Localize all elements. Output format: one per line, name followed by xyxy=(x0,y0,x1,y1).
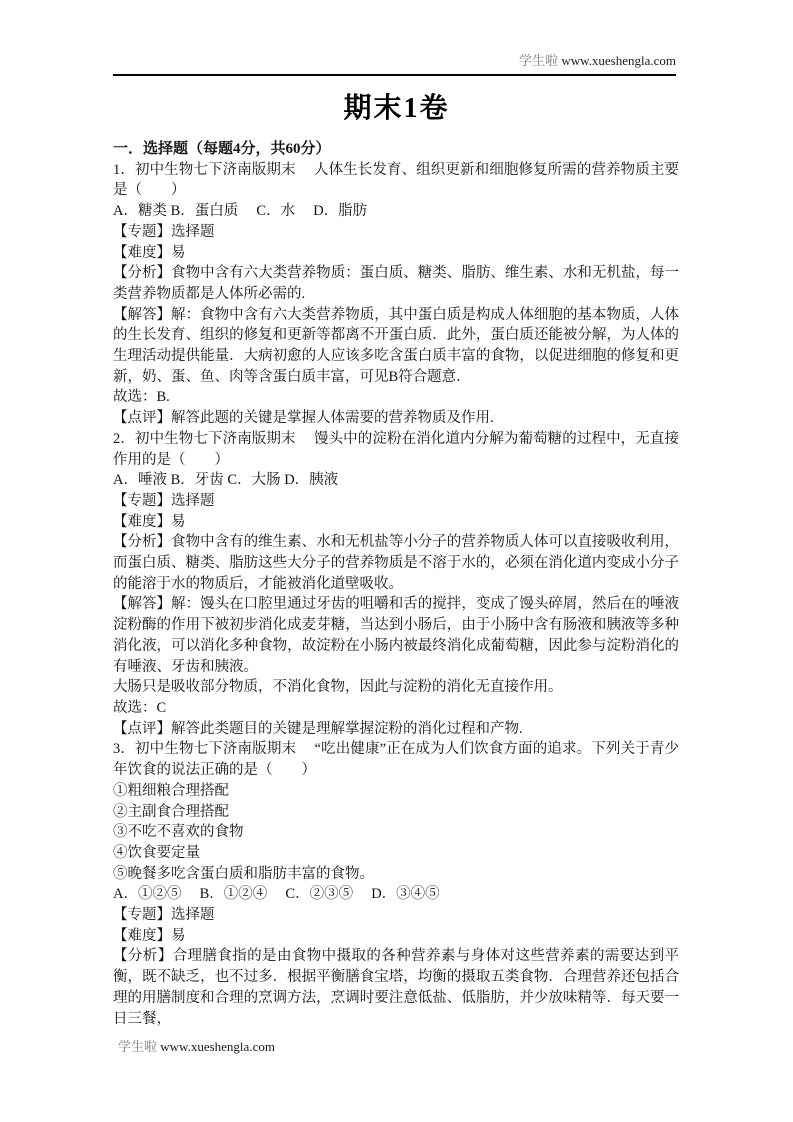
q2-solution-note: 大肠只是吸收部分物质，不消化食物，因此与淀粉的消化无直接作用。 xyxy=(113,677,679,698)
footer-site-url: www.xueshengla.com xyxy=(160,1039,275,1054)
q2-analysis: 【分析】食物中含有的维生素、水和无机盐等小分子的营养物质人体可以直接吸收利用，而… xyxy=(113,532,679,594)
document-title: 期末1卷 xyxy=(0,86,793,126)
q1-topic-tag: 【专题】选择题 xyxy=(113,222,679,243)
q1-answer: 故选：B. xyxy=(113,387,679,408)
q1-stem: 1．初中生物七下济南版期末 人体生长发育、组织更新和细胞修复所需的营养物质主要是… xyxy=(113,160,679,201)
q3-options: A．①②⑤ B．①②④ C．②③⑤ D．③④⑤ xyxy=(113,884,679,905)
q1-difficulty: 【难度】易 xyxy=(113,243,679,264)
q3-analysis: 【分析】合理膳食指的是由食物中摄取的各种营养素与身体对这些营养素的需要达到平衡，… xyxy=(113,946,679,1029)
q3-item-3: ③不吃不喜欢的食物 xyxy=(113,822,679,843)
page-header: 学生啦 www.xueshengla.com xyxy=(113,52,676,76)
q3-stem: 3．初中生物七下济南版期末 “吃出健康”正在成为人们饮食方面的追求。下列关于青少… xyxy=(113,739,679,780)
q2-comment: 【点评】解答此类题目的关键是理解掌握淀粉的消化过程和产物. xyxy=(113,719,679,740)
header-site-name: 学生啦 xyxy=(519,53,558,68)
q2-answer: 故选：C xyxy=(113,698,679,719)
q1-comment: 【点评】解答此题的关键是掌握人体需要的营养物质及作用. xyxy=(113,408,679,429)
document-body: 一．选择题（每题4分，共60分） 1．初中生物七下济南版期末 人体生长发育、组织… xyxy=(113,139,679,1029)
q1-solution: 【解答】解：食物中含有六大类营养物质，其中蛋白质是构成人体细胞的基本物质，人体的… xyxy=(113,305,679,388)
q2-solution: 【解答】解：馒头在口腔里通过牙齿的咀嚼和舌的搅拌，变成了馒头碎屑，然后在的唾液淀… xyxy=(113,594,679,677)
q3-item-5: ⑤晚餐多吃含蛋白质和脂肪丰富的食物。 xyxy=(113,864,679,885)
q2-difficulty: 【难度】易 xyxy=(113,512,679,533)
q1-options: A．糖类 B．蛋白质 C．水 D．脂肪 xyxy=(113,201,679,222)
q2-topic-tag: 【专题】选择题 xyxy=(113,491,679,512)
footer-site-name: 学生啦 xyxy=(118,1039,157,1054)
q2-options: A．唾液 B．牙齿 C．大肠 D．胰液 xyxy=(113,470,679,491)
q3-item-1: ①粗细粮合理搭配 xyxy=(113,781,679,802)
q3-item-4: ④饮食要定量 xyxy=(113,843,679,864)
section-heading: 一．选择题（每题4分，共60分） xyxy=(113,139,679,160)
q3-topic-tag: 【专题】选择题 xyxy=(113,905,679,926)
q1-analysis: 【分析】食物中含有六大类营养物质：蛋白质、糖类、脂肪、维生素、水和无机盐，每一类… xyxy=(113,263,679,304)
q3-item-2: ②主副食合理搭配 xyxy=(113,802,679,823)
header-site-url: www.xueshengla.com xyxy=(561,53,676,68)
q3-difficulty: 【难度】易 xyxy=(113,926,679,947)
document-page: 学生啦 www.xueshengla.com 期末1卷 一．选择题（每题4分，共… xyxy=(0,0,793,1122)
page-footer: 学生啦 www.xueshengla.com xyxy=(118,1038,275,1056)
q2-stem: 2．初中生物七下济南版期末 馒头中的淀粉在消化道内分解为葡萄糖的过程中，无直接作… xyxy=(113,429,679,470)
